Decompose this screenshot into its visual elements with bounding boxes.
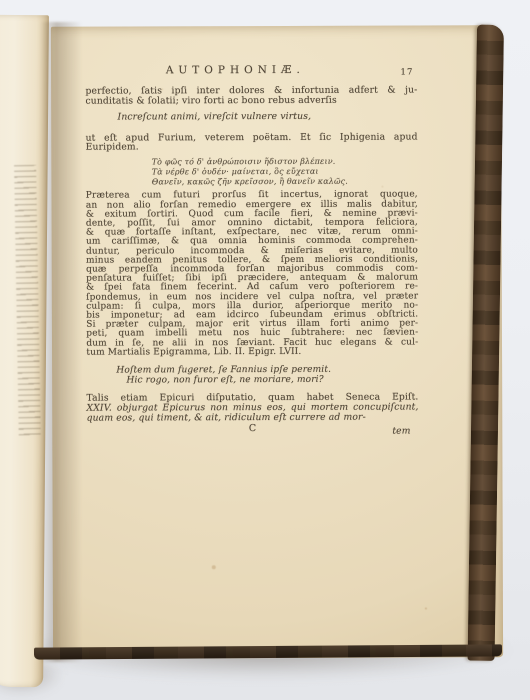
- signature-mark: C: [249, 423, 256, 434]
- paragraph-continuation: perfectio, ſatis ipſi inter dolores & in…: [85, 85, 417, 105]
- attribution-paragraph: ut eſt apud Furium, veterem poëtam. Et ſ…: [86, 132, 418, 152]
- text-line: Hic rogo, non furor eſt, ne moriare, mor…: [126, 374, 418, 385]
- martial-epigram: Hoſtem dum fugeret, ſe Fannius ipſe pere…: [86, 364, 418, 385]
- catchword: tem: [392, 427, 410, 437]
- gutter-shadow: [40, 22, 82, 662]
- facing-page-blurred-text: [14, 165, 41, 437]
- closing-paragraph: Talis etiam Epicuri diſputatio, quam hab…: [86, 392, 418, 423]
- euripides-greek-quote: Τὸ φῶς τό δ' ἀνθρώποισιν ἥδιστον βλέπειν…: [86, 156, 418, 187]
- page-foot: C tem: [87, 424, 419, 439]
- text-line: Θανεῖν, κακῶς ζῆν κρεῖσσον, ἢ θανεῖν καλ…: [152, 176, 418, 187]
- text-line: cunditatis & ſolatii; viro forti ac bono…: [85, 95, 417, 106]
- running-title: AUTOPHONIÆ.: [85, 66, 385, 77]
- page-text-block: AUTOPHONIÆ. 17 perfectio, ſatis ipſi int…: [85, 65, 418, 439]
- page-header: AUTOPHONIÆ. 17: [85, 65, 417, 86]
- furius-verse-quote: Increſcunt animi, vireſcit vulnere virtu…: [86, 112, 418, 123]
- antiquarian-book-photo: AUTOPHONIÆ. 17 perfectio, ſatis ipſi int…: [0, 0, 530, 700]
- text-line: Euripidem.: [86, 142, 418, 153]
- main-paragraph: Præterea cum futuri prorſus ſit incertus…: [86, 191, 419, 358]
- page-number: 17: [401, 68, 414, 78]
- text-line: quam eos, qui timent, & ait, ridiculum e…: [87, 412, 419, 423]
- text-line: tum Martialis Epigramma, Lib. II. Epigr.…: [86, 347, 418, 357]
